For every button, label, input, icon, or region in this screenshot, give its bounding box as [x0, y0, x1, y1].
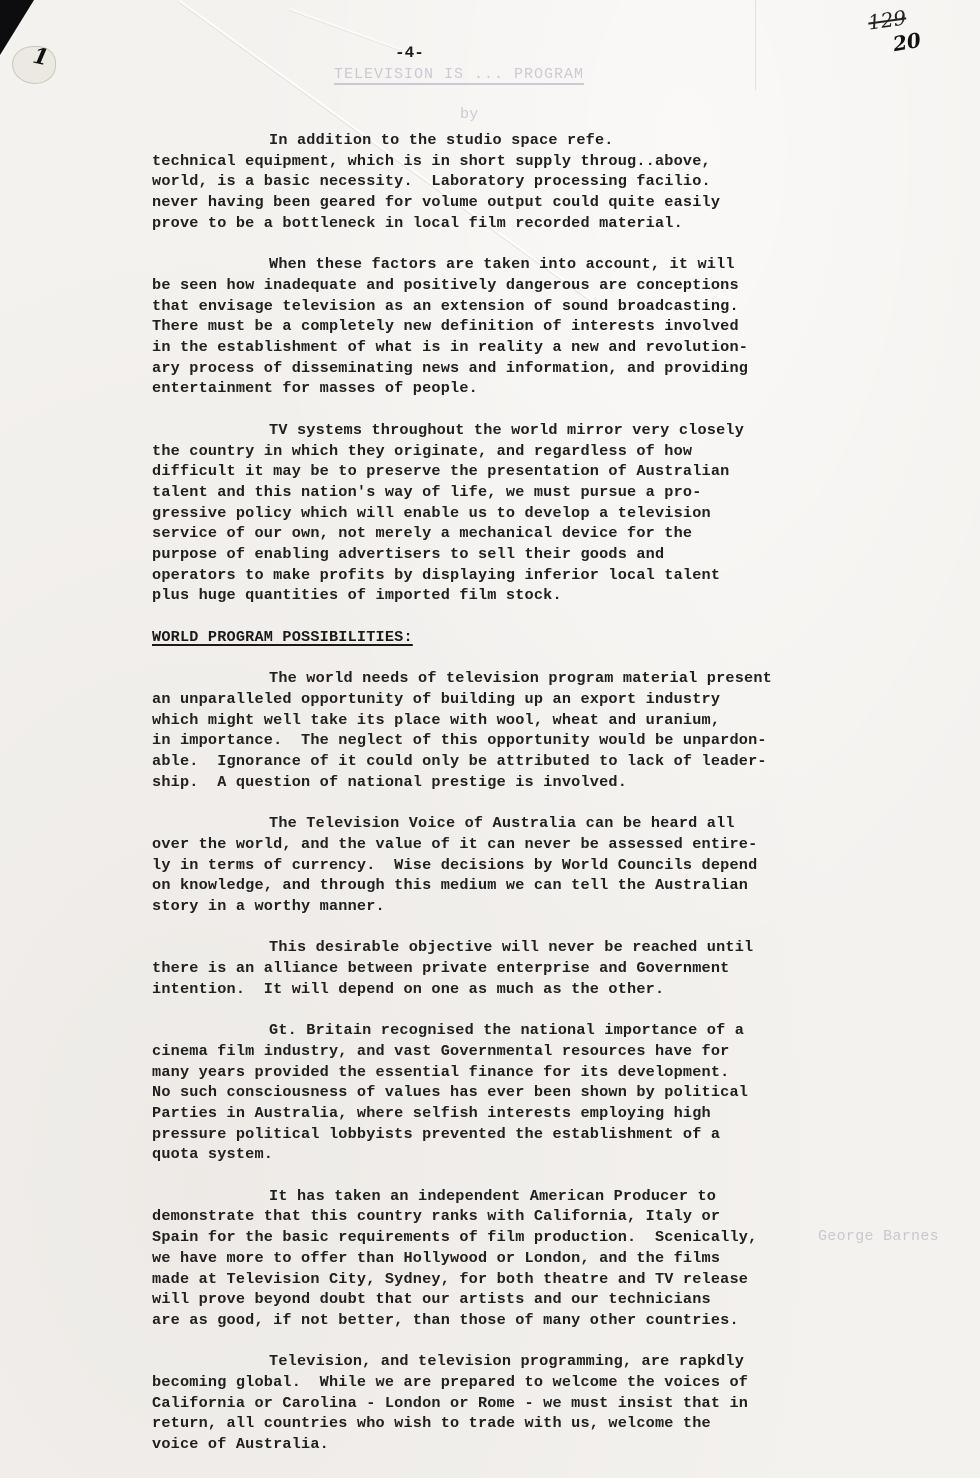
text-line: will prove beyond doubt that our artists… [152, 1289, 852, 1310]
paragraph: TV systems throughout the world mirror v… [152, 420, 852, 606]
text-line: many years provided the essential financ… [152, 1062, 852, 1083]
text-line: demonstrate that this country ranks with… [152, 1206, 852, 1227]
paragraph: The Television Voice of Australia can be… [152, 813, 852, 917]
text-line: This desirable objective will never be r… [152, 937, 852, 958]
text-line: ly in terms of currency. Wise decisions … [152, 855, 852, 876]
text-line: be seen how inadequate and positively da… [152, 275, 852, 296]
section-world-program-possibilities: The world needs of television program ma… [152, 668, 852, 1455]
text-line: voice of Australia. [152, 1434, 852, 1455]
text-line: over the world, and the value of it can … [152, 834, 852, 855]
text-line: prove to be a bottleneck in local film r… [152, 213, 852, 234]
text-line: the country in which they originate, and… [152, 441, 852, 462]
paper-crease [289, 8, 402, 51]
document-body: In addition to the studio space refe.tec… [152, 130, 852, 1476]
paragraph: Television, and television programming, … [152, 1351, 852, 1455]
text-line: in importance. The neglect of this oppor… [152, 730, 852, 751]
text-line: world, is a basic necessity. Laboratory … [152, 171, 852, 192]
text-line: becoming global. While we are prepared t… [152, 1372, 852, 1393]
scanned-page: 1 129 20 -4- TELEVISION IS ... PROGRAM b… [0, 0, 980, 1478]
text-line: difficult it may be to preserve the pres… [152, 461, 852, 482]
text-line: There must be a completely new definitio… [152, 316, 852, 337]
text-line: are as good, if not better, than those o… [152, 1310, 852, 1331]
text-line: It has taken an independent American Pro… [152, 1186, 852, 1207]
text-line: California or Carolina - London or Rome … [152, 1393, 852, 1414]
text-line: that envisage television as an extension… [152, 296, 852, 317]
text-line: No such consciousness of values has ever… [152, 1082, 852, 1103]
text-line: operators to make profits by displaying … [152, 565, 852, 586]
text-line: we have more to offer than Hollywood or … [152, 1248, 852, 1269]
text-line: technical equipment, which is in short s… [152, 151, 852, 172]
text-line: never having been geared for volume outp… [152, 192, 852, 213]
text-line: ary process of disseminating news and in… [152, 358, 852, 379]
text-line: purpose of enabling advertisers to sell … [152, 544, 852, 565]
text-line: In addition to the studio space refe. [152, 130, 852, 151]
paragraph: It has taken an independent American Pro… [152, 1186, 852, 1331]
section-heading: WORLD PROGRAM POSSIBILITIES: [152, 627, 852, 648]
text-line: story in a worthy manner. [152, 896, 852, 917]
text-line: there is an alliance between private ent… [152, 958, 852, 979]
text-line: Parties in Australia, where selfish inte… [152, 1103, 852, 1124]
text-line: cinema film industry, and vast Governmen… [152, 1041, 852, 1062]
text-line: which might well take its place with woo… [152, 710, 852, 731]
text-line: plus huge quantities of imported film st… [152, 585, 852, 606]
paragraph: Gt. Britain recognised the national impo… [152, 1020, 852, 1165]
text-line: The world needs of television program ma… [152, 668, 852, 689]
paragraph: This desirable objective will never be r… [152, 937, 852, 999]
section-intro: In addition to the studio space refe.tec… [152, 130, 852, 606]
bleed-through-byline: by [460, 106, 479, 123]
paragraph: The world needs of television program ma… [152, 668, 852, 792]
text-line: When these factors are taken into accoun… [152, 254, 852, 275]
text-line: intention. It will depend on one as much… [152, 979, 852, 1000]
text-line: Spain for the basic requirements of film… [152, 1227, 852, 1248]
text-line: in the establishment of what is in reali… [152, 337, 852, 358]
text-line: ship. A question of national prestige is… [152, 772, 852, 793]
text-line: made at Television City, Sydney, for bot… [152, 1269, 852, 1290]
text-line: an unparalleled opportunity of building … [152, 689, 852, 710]
text-line: Television, and television programming, … [152, 1351, 852, 1372]
paragraph: In addition to the studio space refe.tec… [152, 130, 852, 234]
text-line: entertainment for masses of people. [152, 378, 852, 399]
text-line: Gt. Britain recognised the national impo… [152, 1020, 852, 1041]
bleed-through-title: TELEVISION IS ... PROGRAM [334, 66, 584, 85]
handwritten-folio-number: 20 [891, 28, 923, 56]
page-number: -4- [395, 44, 424, 62]
text-line: pressure political lobbyists prevented t… [152, 1124, 852, 1145]
text-line: service of our own, not merely a mechani… [152, 523, 852, 544]
text-line: return, all countries who wish to trade … [152, 1413, 852, 1434]
text-line: able. Ignorance of it could only be attr… [152, 751, 852, 772]
text-line: quota system. [152, 1144, 852, 1165]
text-line: talent and this nation's way of life, we… [152, 482, 852, 503]
text-line: on knowledge, and through this medium we… [152, 875, 852, 896]
text-line: gressive policy which will enable us to … [152, 503, 852, 524]
text-line: TV systems throughout the world mirror v… [152, 420, 852, 441]
paragraph: When these factors are taken into accoun… [152, 254, 852, 399]
paper-crease [755, 0, 756, 90]
text-line: The Television Voice of Australia can be… [152, 813, 852, 834]
